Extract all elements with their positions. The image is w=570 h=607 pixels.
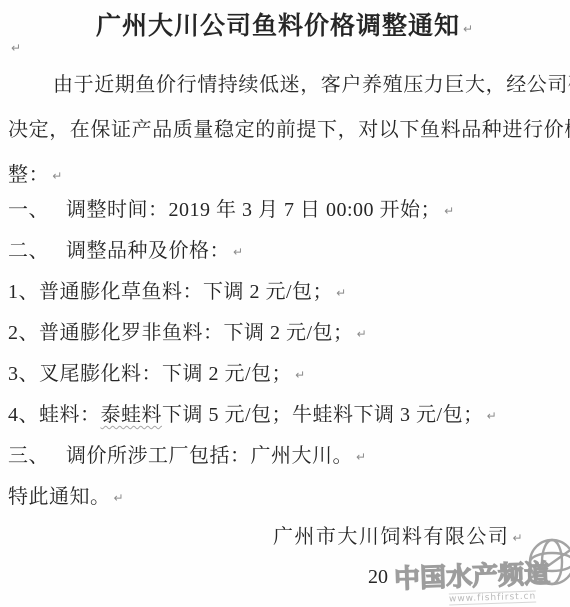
list-item: 三、调价所涉工厂包括：广州大川。↵ [8,436,568,477]
item-text: 蛙料： [39,404,101,426]
item-text: 调整时间：2019 年 3 月 7 日 00:00 开始； [66,199,441,221]
pilcrow-icon: ↵ [336,286,347,300]
item-prefix: 1、 [8,281,39,303]
item-prefix: 4、 [8,404,39,426]
watermark-brand: 中国水产频道 [393,553,550,595]
list-item: 二、调整品种及价格：↵ [8,231,568,272]
closing-line: 特此通知。↵ [8,477,568,518]
item-prefix: 二、 [8,240,49,262]
empty-line: ↵ [8,40,21,58]
item-prefix: 2、 [8,322,39,344]
pilcrow-icon: ↵ [295,368,306,382]
item-prefix: 3、 [8,363,39,385]
item-text: 普通膨化草鱼料：下调 2 元/包； [39,281,333,303]
pilcrow-icon: ↵ [52,169,63,183]
pilcrow-icon: ↵ [356,450,367,464]
pilcrow-icon: ↵ [11,41,21,55]
paragraph-line: 决定，在保证产品质量稳定的前提下，对以下鱼料品种进行价格调 [8,108,564,153]
paragraph-line-text: 整： [8,164,49,186]
list-item: 1、普通膨化草鱼料：下调 2 元/包；↵ [8,272,568,313]
closing-text: 特此通知。 [8,486,111,508]
item-text: 调整品种及价格： [66,240,230,262]
item-text: 叉尾膨化料：下调 2 元/包； [39,363,292,385]
title-text: 广州大川公司鱼料价格调整通知 [96,13,460,40]
list-item: 2、普通膨化罗非鱼料：下调 2 元/包；↵ [8,313,568,354]
watermark: 中国水产频道 www.fishfirst.cn [368,536,570,607]
paragraph-line: 由于近期鱼价行情持续低迷，客户养殖压力巨大，经公司研究 [8,63,564,108]
list-item: 4、蛙料：泰蛙料下调 5 元/包；牛蛙料下调 3 元/包；↵ [8,395,568,436]
pilcrow-icon: ↵ [463,22,474,36]
pilcrow-icon: ↵ [487,409,498,423]
item-text: 下调 5 元/包；牛蛙料下调 3 元/包； [162,404,484,426]
pilcrow-icon: ↵ [233,245,244,259]
body-paragraph: 由于近期鱼价行情持续低迷，客户养殖压力巨大，经公司研究 决定，在保证产品质量稳定… [8,63,564,198]
page-title: 广州大川公司鱼料价格调整通知↵ [0,6,570,42]
item-prefix: 一、 [8,199,49,221]
list-item: 一、调整时间：2019 年 3 月 7 日 00:00 开始；↵ [8,190,568,231]
list-item: 3、叉尾膨化料：下调 2 元/包；↵ [8,354,568,395]
notice-document: 广州大川公司鱼料价格调整通知↵ ↵ 由于近期鱼价行情持续低迷，客户养殖压力巨大，… [0,0,570,607]
pilcrow-icon: ↵ [114,491,125,505]
item-text: 普通膨化罗非鱼料：下调 2 元/包； [39,322,354,344]
watermark-url: www.fishfirst.cn [449,590,537,605]
spellcheck-underlined-text: 泰蛙料 [101,404,163,426]
item-prefix: 三、 [8,445,49,467]
item-text: 调价所涉工厂包括：广州大川。 [66,445,353,467]
pilcrow-icon: ↵ [357,327,368,341]
notice-list: 一、调整时间：2019 年 3 月 7 日 00:00 开始；↵ 二、调整品种及… [8,190,568,518]
pilcrow-icon: ↵ [444,204,455,218]
